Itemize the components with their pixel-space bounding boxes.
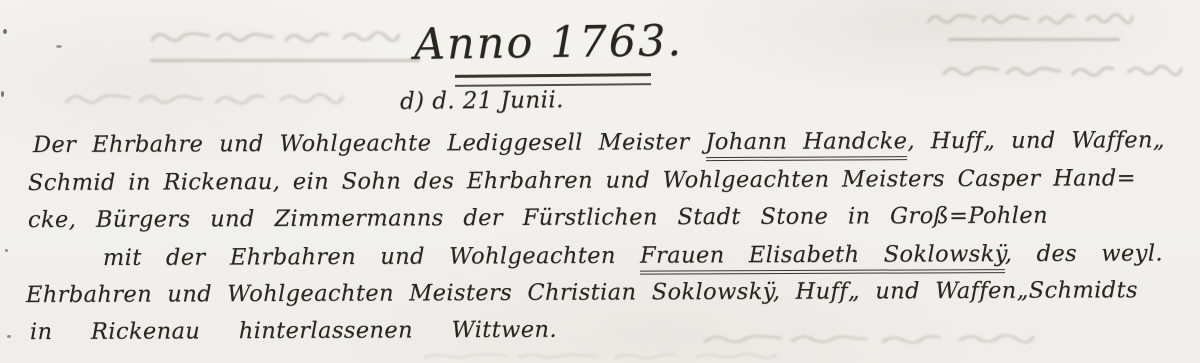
entry-lines: Der Ehrbahre und Wohlgeachte Lediggesell… (0, 0, 1200, 363)
line-text: in Rickenau hinterlassenen Wittwen. (30, 317, 557, 345)
line-text: mit der Ehrbahren und Wohlgeachten (103, 243, 640, 271)
line-text: Ehrbahren und Wohlgeachten Meisters Chri… (26, 277, 1138, 308)
line-text: , Huff„ und Waffen„ (907, 127, 1165, 154)
manuscript-line: Der Ehrbahre und Wohlgeachte Lediggesell… (33, 127, 1165, 169)
manuscript-line: mit der Ehrbahren und Wohlgeachten Fraue… (103, 240, 1163, 282)
underlined-name: Johann Handcke (705, 128, 907, 161)
manuscript-line: cke, Bürgers und Zimmermanns der Fürstli… (28, 203, 1048, 244)
line-text: Der Ehrbahre und Wohlgeachte Lediggesell… (33, 129, 706, 158)
line-text: Schmid in Rickenau, ein Sohn des Ehrbahr… (28, 165, 1136, 196)
underlined-name: Frauen Elisabeth Soklowskÿ (640, 241, 1005, 275)
manuscript-line: Ehrbahren und Wohlgeachten Meisters Chri… (26, 277, 1138, 319)
manuscript-page: Anno 1763. d) d. 21 Junii. Der Ehrbahre … (0, 0, 1200, 363)
line-text: , des weyl. (1005, 240, 1163, 267)
manuscript-line: in Rickenau hinterlassenen Wittwen. (30, 317, 557, 356)
manuscript-line: Schmid in Rickenau, ein Sohn des Ehrbahr… (28, 165, 1136, 207)
line-text: cke, Bürgers und Zimmermanns der Fürstli… (28, 203, 1048, 233)
